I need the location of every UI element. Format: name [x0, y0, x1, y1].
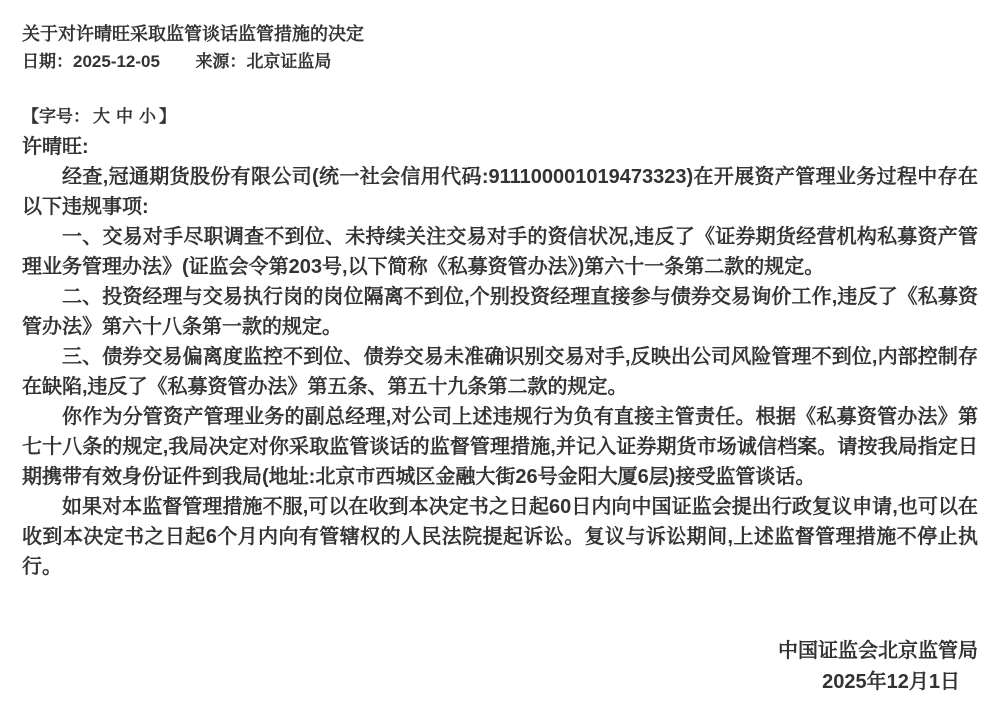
paragraph-measure-decision: 你作为分管资产管理业务的副总经理,对公司上述违规行为负有直接主管责任。根据《私募…	[22, 402, 978, 492]
font-size-bar-suffix: 】	[159, 107, 176, 126]
document-page: 关于对许晴旺采取监管谈话监管措施的决定 日期：2025-12-05 来源：北京证…	[0, 0, 1000, 716]
signature-date: 2025年12月1日	[22, 667, 978, 698]
paragraph-appeal-rights: 如果对本监督管理措施不服,可以在收到本决定书之日起60日内向中国证监会提出行政复…	[22, 492, 978, 582]
source-label: 来源：	[195, 52, 246, 71]
signature-block: 中国证监会北京监管局 2025年12月1日	[22, 636, 978, 698]
date-value: 2025-12-05	[73, 52, 160, 71]
page-title: 关于对许晴旺采取监管谈话监管措施的决定	[22, 20, 978, 48]
paragraph-findings-intro: 经查,冠通期货股份有限公司(统一社会信用代码:91110000101947332…	[22, 162, 978, 222]
source-value: 北京证监局	[246, 52, 331, 71]
font-size-bar: 【字号：大中小】	[22, 102, 978, 132]
salutation: 许晴旺:	[22, 132, 978, 162]
paragraph-violation-2: 二、投资经理与交易执行岗的岗位隔离不到位,个别投资经理直接参与债券交易询价工作,…	[22, 282, 978, 342]
signature-org: 中国证监会北京监管局	[22, 636, 978, 667]
font-size-small-button[interactable]: 小	[139, 107, 156, 126]
date-label: 日期：	[22, 52, 73, 71]
font-size-bar-prefix: 【字号：	[22, 107, 90, 126]
font-size-large-button[interactable]: 大	[93, 107, 110, 126]
paragraph-violation-3: 三、债券交易偏离度监控不到位、债券交易未准确识别交易对手,反映出公司风险管理不到…	[22, 342, 978, 402]
paragraph-violation-1: 一、交易对手尽职调查不到位、未持续关注交易对手的资信状况,违反了《证券期货经营机…	[22, 222, 978, 282]
doc-meta-line: 日期：2025-12-05 来源：北京证监局	[22, 48, 978, 76]
font-size-medium-button[interactable]: 中	[116, 107, 133, 126]
doc-body: 许晴旺: 经查,冠通期货股份有限公司(统一社会信用代码:911100001019…	[22, 132, 978, 582]
